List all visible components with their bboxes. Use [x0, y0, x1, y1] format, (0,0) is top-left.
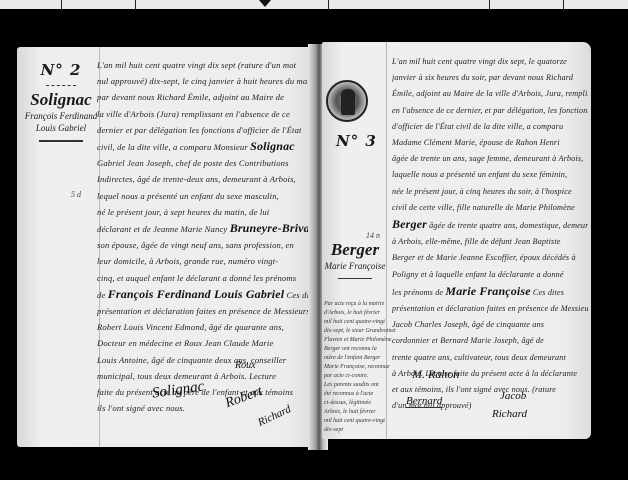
text-line: cinq, et auquel enfant le déclarant a do…	[97, 270, 312, 286]
text-line: née le présent jour, à cinq heures du so…	[392, 184, 588, 200]
strip-cell	[490, 0, 564, 9]
act-body: L'an mil huit cent quatre vingt dix sept…	[97, 57, 312, 416]
text-line: en l'absence de ce dernier, et par délég…	[392, 103, 588, 119]
text-line: Berger âgée de trente quatre ans, domest…	[392, 216, 588, 234]
divider	[39, 140, 83, 142]
text-line: L'an mil huit cent quatre vingt dix sept…	[97, 57, 312, 73]
text-line: Indirectes, âgé de trente-deux ans, deme…	[97, 171, 312, 187]
margin-annotation: 5 d	[71, 190, 81, 199]
top-strip	[0, 0, 628, 9]
margin-surname: Solignac	[19, 90, 103, 110]
left-page: N° 2 Solignac François Ferdinand Louis G…	[17, 47, 315, 447]
text-line: par devant nous Richard Émile, adjoint a…	[97, 89, 312, 105]
divider	[338, 278, 372, 279]
margin-given-2: Louis Gabriel	[19, 122, 103, 134]
margin-surname: Berger	[322, 240, 388, 260]
margin-given: Marie Françoise	[322, 260, 388, 272]
text-line: trente quatre ans, cultivateur, tous deu…	[392, 350, 588, 366]
act-number: N° 3	[336, 132, 377, 150]
highlight-surname: Solignac	[250, 139, 295, 153]
text-line: civil, de la dite ville, a comparu Monsi…	[97, 138, 312, 155]
text-line: né le présent jour, à sept heures du mat…	[97, 204, 312, 220]
strip-cell	[564, 0, 628, 9]
text-line: lequel nous a présenté un enfant du sexe…	[97, 188, 312, 204]
strip-cell	[136, 0, 329, 9]
margin-annotation: 14 n	[366, 231, 380, 240]
text-line: cordonnier et Bernard Marie Joseph, âgé …	[392, 333, 588, 349]
act-body: L'an mil huit cent quatre vingt dix sept…	[392, 54, 588, 414]
text-line: son épouse, âgée de vingt neuf ans, sans…	[97, 237, 312, 253]
strip-cell	[329, 0, 490, 9]
right-page: N° 3 14 n Berger Marie Françoise Par act…	[322, 42, 591, 439]
text-line: les prénoms de Marie Françoise Ces dites	[392, 283, 588, 301]
strip-cell	[0, 0, 62, 9]
strip-cell	[62, 0, 136, 9]
text-line: Robert Louis Vincent Edmond, âgé de quar…	[97, 319, 312, 335]
text-line: déclarant et de Jeanne Marie Nancy Brune…	[97, 220, 312, 237]
text-line: laquelle nous a présenté un enfant du se…	[392, 167, 588, 183]
text-line: Jacob Charles Joseph, âgé de cinquante a…	[392, 317, 588, 333]
text-line: civil de cette ville, fille naturelle de…	[392, 200, 588, 216]
signature: Jacob	[500, 390, 526, 402]
text-line: Madame Clément Marie, épouse de Rahon He…	[392, 135, 588, 151]
text-line: municipal, tous deux demeurant à Arbois.…	[97, 368, 312, 384]
center-marker-icon	[259, 0, 271, 7]
text-line: présentation et déclaration faites en pr…	[97, 303, 312, 319]
highlight-given: François Ferdinand Louis Gabriel	[108, 287, 285, 301]
text-line: à Arbois, elle-même, fille de défunt Jea…	[392, 234, 588, 250]
text-line: nul approuvé) dix-sept, le cinq janvier …	[97, 73, 312, 89]
act-number: N° 2	[19, 61, 103, 79]
highlight-given: Marie Françoise	[445, 284, 530, 298]
text-line: d'officier de l'État civil de la dite vi…	[392, 119, 588, 135]
right-margin: Berger Marie Françoise	[322, 240, 388, 279]
seal-figure	[341, 89, 355, 115]
text-line: de François Ferdinand Louis Gabriel Ces …	[97, 286, 312, 303]
signature: M. Rahon	[412, 367, 459, 382]
left-margin: N° 2 Solignac François Ferdinand Louis G…	[19, 61, 103, 142]
signature: Richard	[492, 408, 527, 420]
text-line: présentation et déclaration faites en pr…	[392, 301, 588, 317]
text-line: Poligny et à laquelle enfant la déclaran…	[392, 267, 588, 283]
text-line: Émile, adjoint au Maire de la ville d'Ar…	[392, 86, 588, 102]
text-line: Berger et de Marie Jeanne Escoffier, épo…	[392, 250, 588, 266]
text-line: L'an mil huit cent quatre vingt dix sept…	[392, 54, 588, 70]
text-line: la ville d'Arbois (Jura) remplissant en …	[97, 106, 312, 122]
text-line: Docteur en médecine et Roux Jean Claude …	[97, 335, 312, 351]
divider	[46, 83, 76, 86]
margin-given-1: François Ferdinand	[19, 110, 103, 122]
signature: Bernard	[406, 395, 442, 408]
text-line: Louis Antoine, âgé de cinquante deux ans…	[97, 352, 312, 368]
highlight-mother: Bruneyre-Brivady	[230, 221, 312, 235]
signature: Roux	[235, 360, 256, 371]
text-line: leur domicile, à Arbois, grande rue, num…	[97, 253, 312, 269]
text-line: Gabriel Jean Joseph, chef de poste des C…	[97, 155, 312, 171]
highlight-surname: Berger	[392, 217, 427, 231]
text-line: âgée de trente un ans, sage femme, demeu…	[392, 151, 588, 167]
text-line: dernier et par délégation les fonctions …	[97, 122, 312, 138]
text-line: janvier à six heures du soir, par devant…	[392, 70, 588, 86]
republic-seal-icon	[326, 80, 368, 122]
